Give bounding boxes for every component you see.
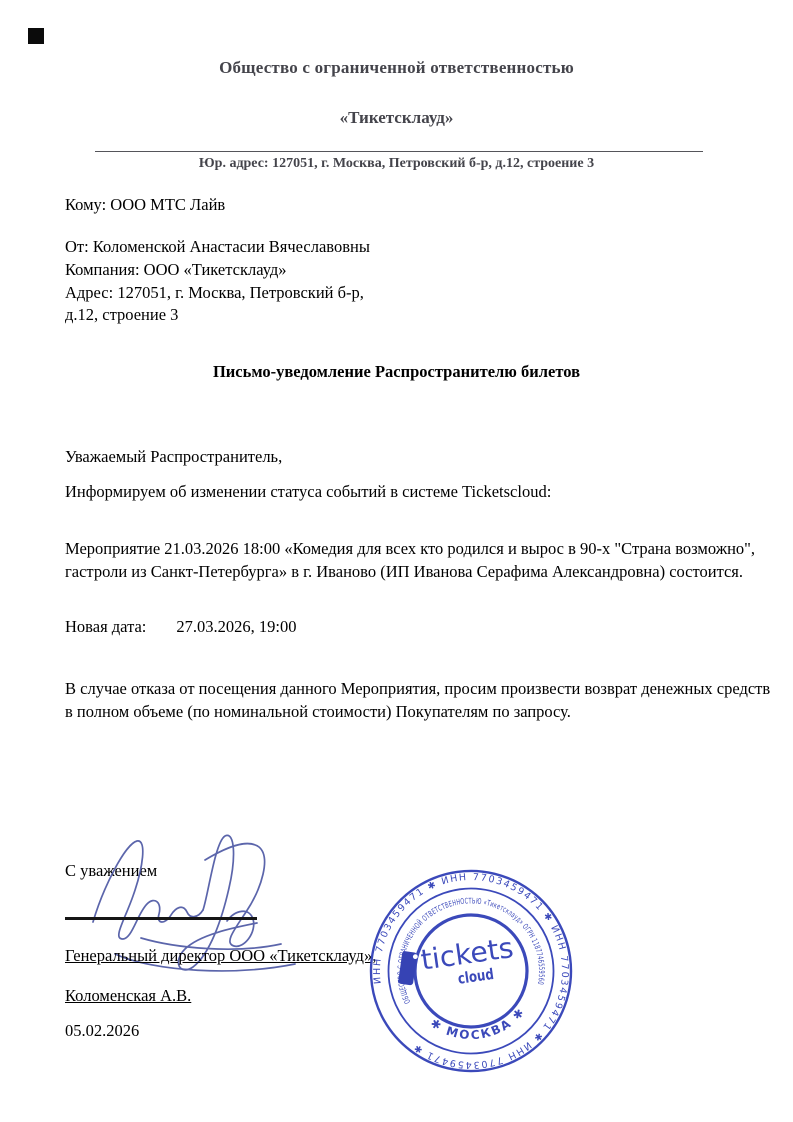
letter-date: 05.02.2026: [65, 1021, 139, 1041]
org-name-line1: Общество с ограниченной ответственностью: [0, 58, 793, 78]
refund-line2: в полном объеме (по номинальной стоимост…: [65, 700, 770, 723]
new-date-label: Новая дата:: [65, 617, 146, 636]
company-line: Компания: ООО «Тикетсклауд»: [65, 260, 287, 280]
intro-paragraph: Информируем об изменении статуса событий…: [65, 482, 551, 502]
refund-paragraph: В случае отказа от посещения данного Мер…: [65, 677, 770, 723]
letterhead-divider: [95, 151, 703, 152]
letter-page: Общество с ограниченной ответственностью…: [0, 0, 793, 1122]
refund-line1: В случае отказа от посещения данного Мер…: [65, 677, 770, 700]
event-line2: гастроли из Санкт-Петербурга» в г. Ивано…: [65, 560, 755, 583]
company-stamp: ИНН 7703459471 ✱ ИНН 7703459471 ✱ ИНН 77…: [364, 864, 578, 1078]
legal-address: Юр. адрес: 127051, г. Москва, Петровский…: [0, 156, 793, 172]
corner-mark: [28, 28, 44, 44]
signer-name: Коломенская А.В.: [65, 986, 191, 1006]
recipient-line: Кому: ООО МТС Лайв: [65, 195, 225, 215]
logo-sub-text: cloud: [457, 965, 495, 988]
new-date-row: Новая дата:27.03.2026, 19:00: [65, 617, 296, 637]
event-line1: Мероприятие 21.03.2026 18:00 «Комедия дл…: [65, 537, 755, 560]
address-line2: д.12, строение 3: [65, 305, 178, 325]
address-line1: Адрес: 127051, г. Москва, Петровский б-р…: [65, 283, 364, 303]
new-date-value: 27.03.2026, 19:00: [176, 617, 296, 637]
sender-line: От: Коломенской Анастасии Вячеславовны: [65, 237, 370, 257]
org-name-line2: «Тикетсклауд»: [0, 108, 793, 128]
letter-title: Письмо-уведомление Распространителю биле…: [0, 362, 793, 382]
signature-line: [65, 917, 257, 920]
salutation: Уважаемый Распространитель,: [65, 447, 282, 467]
signer-position: Генеральный директор ООО «Тикетсклауд»,: [65, 946, 376, 966]
event-paragraph: Мероприятие 21.03.2026 18:00 «Комедия дл…: [65, 537, 755, 583]
